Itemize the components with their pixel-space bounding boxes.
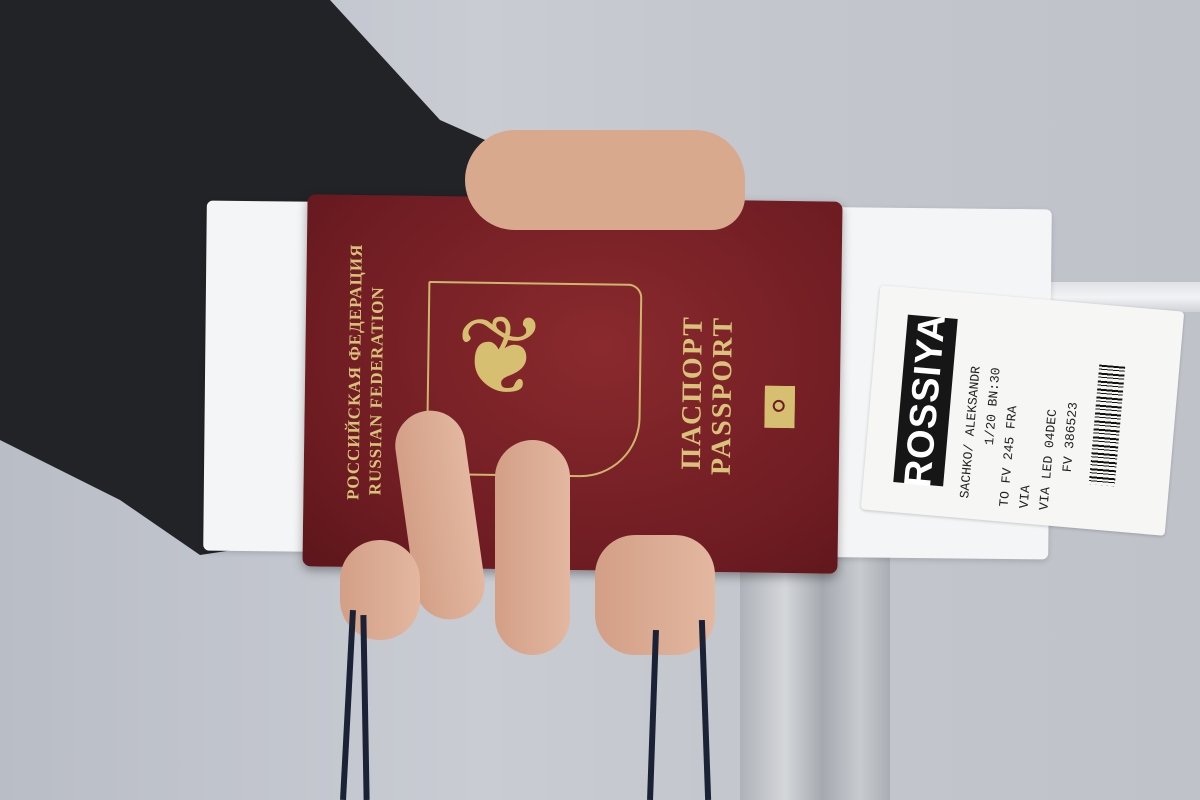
metal-post <box>740 540 890 800</box>
tag-line: SACHKO/ ALEKSANDR <box>957 366 984 499</box>
airline-logo: ROSSIYA <box>893 315 957 487</box>
thumb <box>465 130 745 230</box>
baggage-tag: ROSSIYA SACHKO/ ALEKSANDR 1/20 BN:30 TO … <box>861 285 1184 536</box>
hand <box>300 120 740 660</box>
tag-line: VIA LED 04DEC <box>1036 409 1060 511</box>
tag-line: TO FV 245 FRA <box>997 405 1021 507</box>
finger <box>495 440 570 655</box>
barcode <box>1089 365 1125 487</box>
tag-line: 1/20 BN:30 <box>982 367 1004 446</box>
tag-line: VIA <box>1016 485 1033 510</box>
photo-scene: ROSSIYA SACHKO/ ALEKSANDR 1/20 BN:30 TO … <box>0 0 1200 800</box>
biometric-chip-icon <box>764 386 795 428</box>
tag-line: FV 386523 <box>1060 402 1081 473</box>
